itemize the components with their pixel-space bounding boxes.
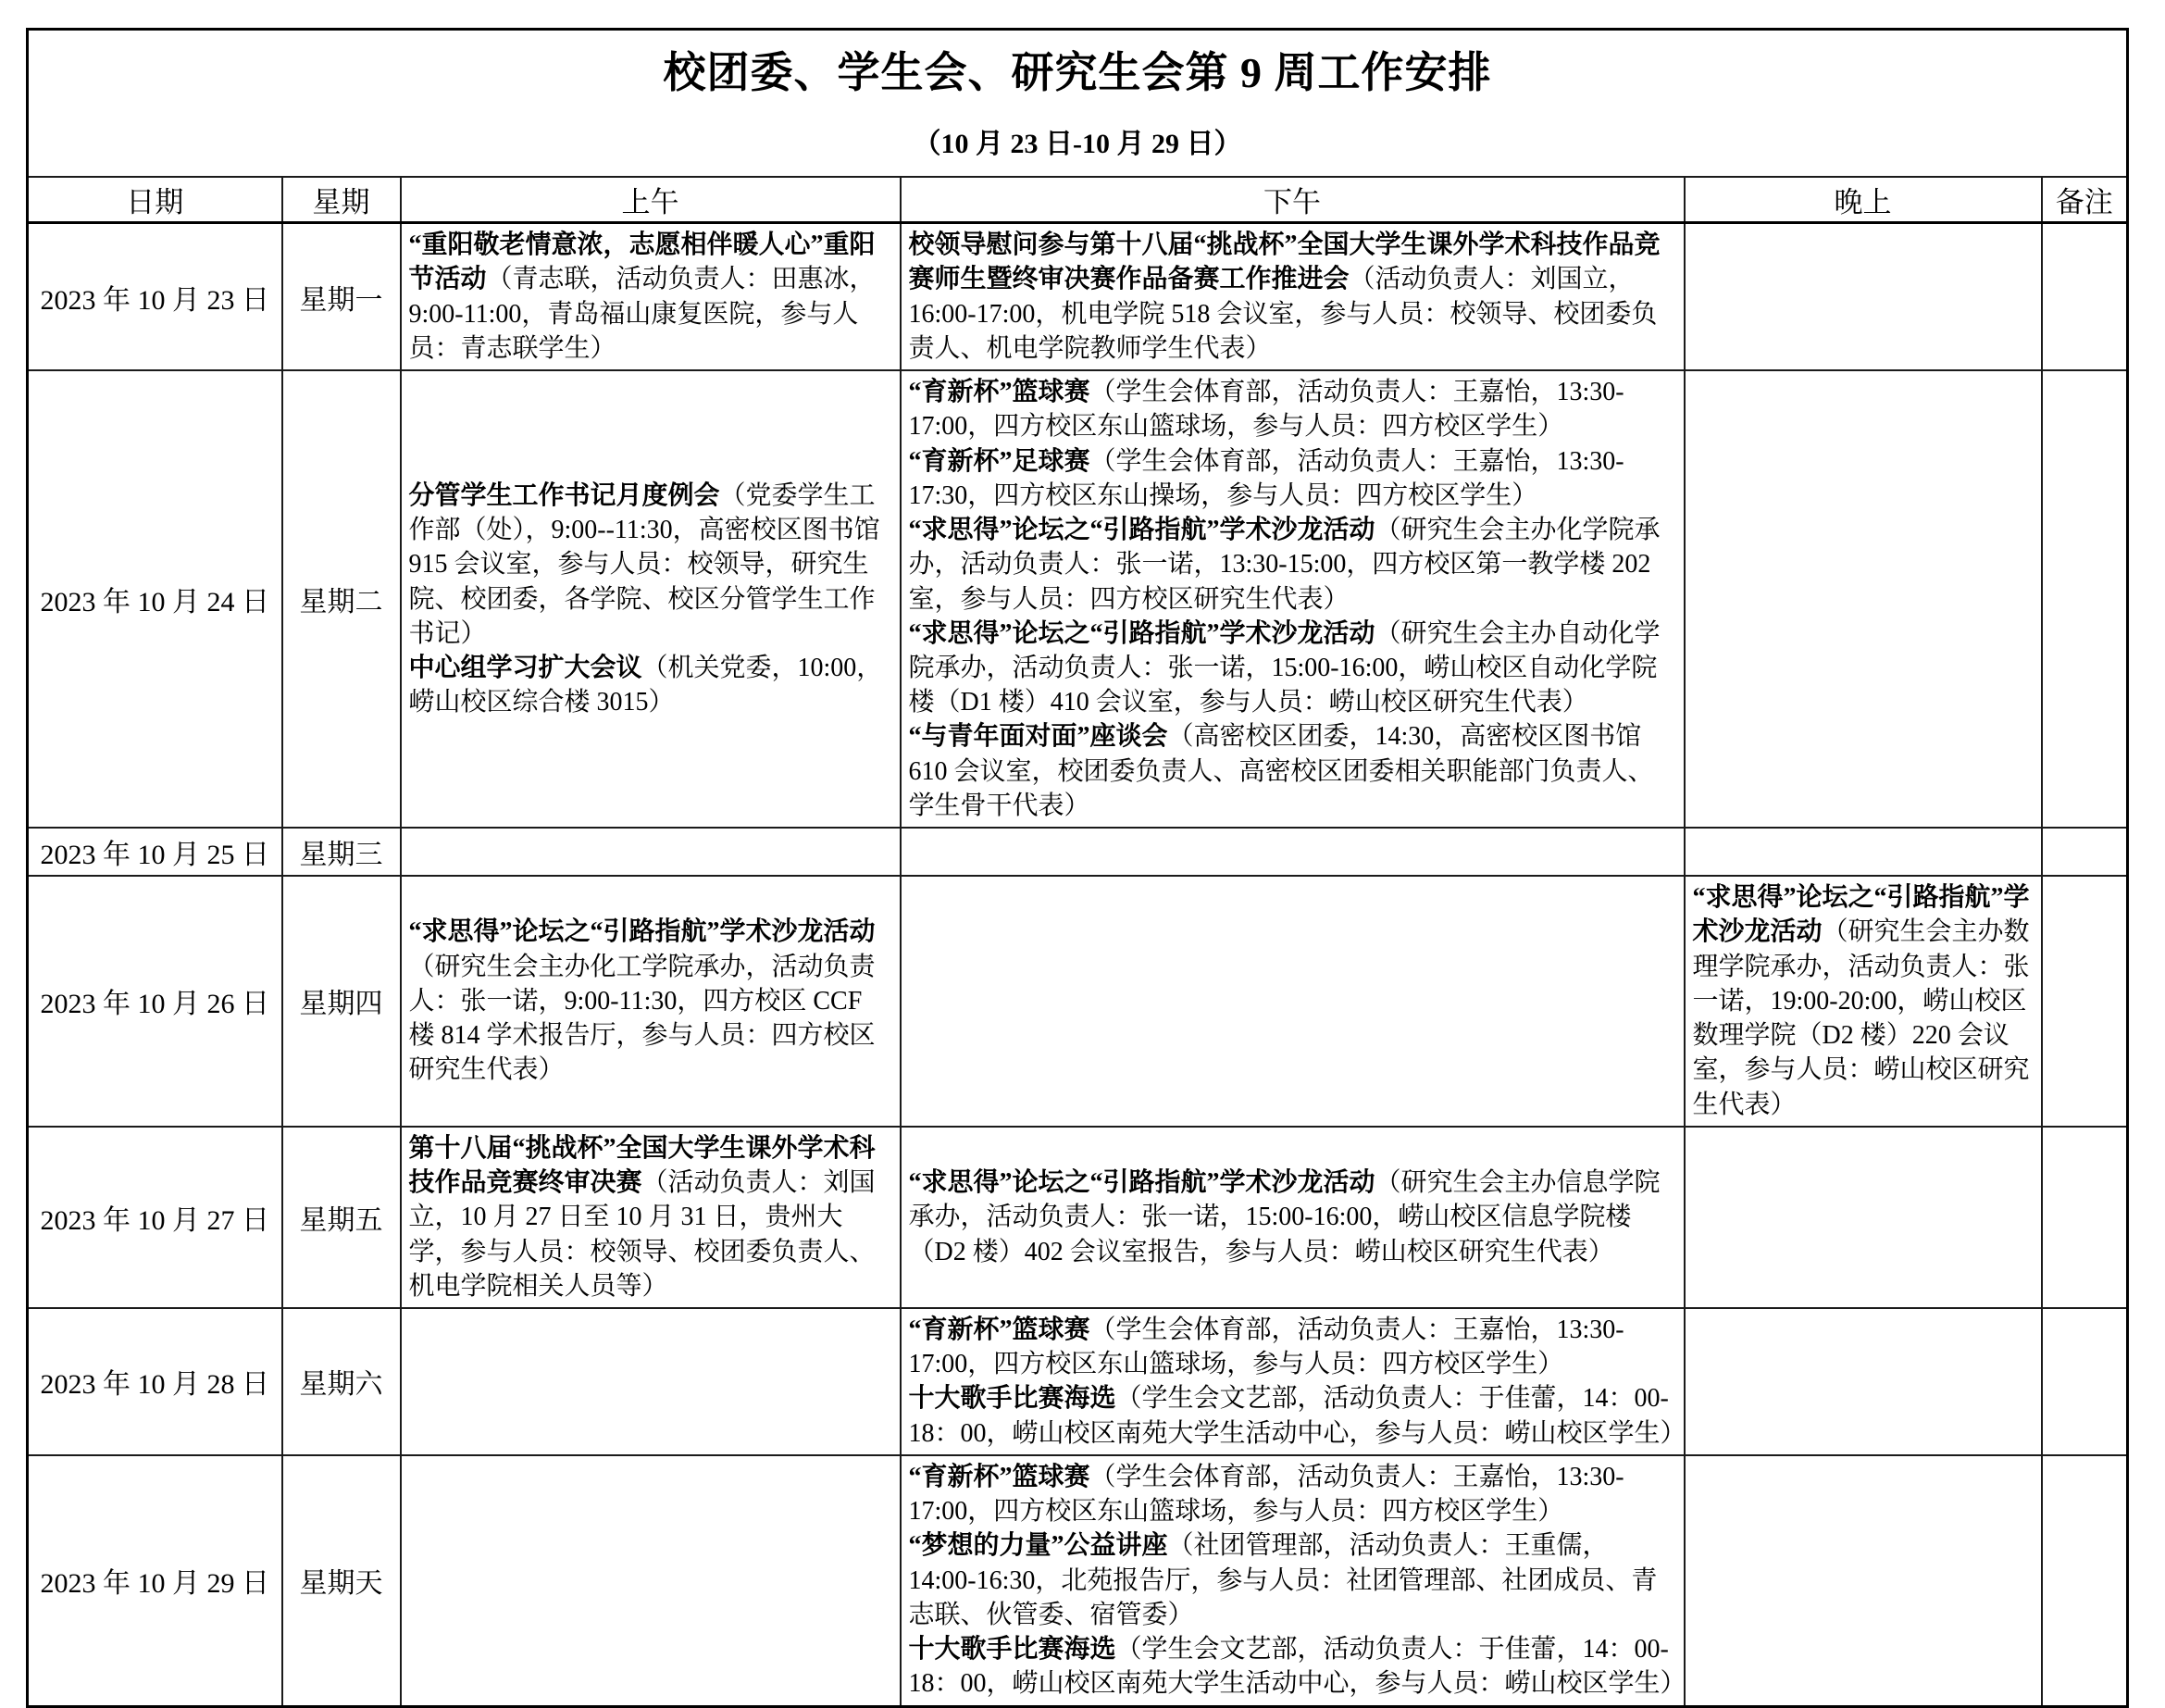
morning-cell bbox=[401, 1455, 901, 1706]
event-item: “求思得”论坛之“引路指航”学术沙龙活动（研究生会主办信息学院承办，活动负责人：… bbox=[909, 1166, 1676, 1269]
remarks-cell bbox=[2042, 828, 2128, 876]
date-cell: 2023 年 10 月 26 日 bbox=[28, 876, 282, 1127]
weekday-cell: 星期一 bbox=[282, 223, 401, 370]
date-cell: 2023 年 10 月 23 日 bbox=[28, 223, 282, 370]
event-title: 十大歌手比赛海选 bbox=[909, 1384, 1116, 1413]
event-item: “育新杯”足球赛（学生会体育部，活动负责人：王嘉怡，13:30-17:30，四方… bbox=[909, 444, 1676, 513]
weekday-cell: 星期三 bbox=[282, 828, 401, 876]
event-title: “与青年面对面”座谈会 bbox=[909, 722, 1168, 751]
col-header-date: 日期 bbox=[28, 177, 282, 223]
table-row: 2023 年 10 月 25 日 星期三 bbox=[28, 828, 2128, 876]
weekday-cell: 星期五 bbox=[282, 1127, 401, 1308]
date-cell: 2023 年 10 月 24 日 bbox=[28, 370, 282, 828]
title-cell: 校团委、学生会、研究生会第 9 周工作安排 （10 月 23 日-10 月 29… bbox=[28, 30, 2128, 178]
document-sheet: 校团委、学生会、研究生会第 9 周工作安排 （10 月 23 日-10 月 29… bbox=[26, 28, 2126, 1708]
event-title: “育新杯”足球赛 bbox=[909, 447, 1090, 476]
title-row: 校团委、学生会、研究生会第 9 周工作安排 （10 月 23 日-10 月 29… bbox=[28, 30, 2128, 178]
event-item: “求思得”论坛之“引路指航”学术沙龙活动（研究生会主办化工学院承办，活动负责人：… bbox=[409, 915, 892, 1087]
morning-cell: 第十八届“挑战杯”全国大学生课外学术科技作品竞赛终审决赛（活动负责人：刘国立，1… bbox=[401, 1127, 901, 1308]
remarks-cell bbox=[2042, 1455, 2128, 1706]
date-cell: 2023 年 10 月 29 日 bbox=[28, 1455, 282, 1706]
event-title: “梦想的力量”公益讲座 bbox=[909, 1531, 1168, 1560]
evening-cell bbox=[1685, 223, 2042, 370]
morning-cell bbox=[401, 828, 901, 876]
col-header-remarks: 备注 bbox=[2042, 177, 2128, 223]
morning-cell bbox=[401, 1308, 901, 1455]
event-title: 分管学生工作书记月度例会 bbox=[409, 481, 720, 510]
date-cell: 2023 年 10 月 27 日 bbox=[28, 1127, 282, 1308]
event-item: 第十八届“挑战杯”全国大学生课外学术科技作品竞赛终审决赛（活动负责人：刘国立，1… bbox=[409, 1131, 892, 1303]
remarks-cell bbox=[2042, 1308, 2128, 1455]
date-cell: 2023 年 10 月 25 日 bbox=[28, 828, 282, 876]
remarks-cell bbox=[2042, 223, 2128, 370]
col-header-weekday: 星期 bbox=[282, 177, 401, 223]
col-header-morning: 上午 bbox=[401, 177, 901, 223]
event-item: “育新杯”篮球赛（学生会体育部，活动负责人：王嘉怡，13:30-17:00，四方… bbox=[909, 1313, 1676, 1381]
table-row: 2023 年 10 月 23 日 星期一 “重阳敬老情意浓，志愿相伴暖人心”重阳… bbox=[28, 223, 2128, 370]
event-item: “求思得”论坛之“引路指航”学术沙龙活动（研究生会主办化学院承办，活动负责人：张… bbox=[909, 513, 1676, 617]
event-item: “育新杯”篮球赛（学生会体育部，活动负责人：王嘉怡，13:30-17:00，四方… bbox=[909, 375, 1676, 443]
event-title: “求思得”论坛之“引路指航”学术沙龙活动 bbox=[409, 917, 876, 946]
afternoon-cell: “育新杯”篮球赛（学生会体育部，活动负责人：王嘉怡，13:30-17:00，四方… bbox=[901, 370, 1685, 828]
header-row: 日期 星期 上午 下午 晚上 备注 bbox=[28, 177, 2128, 223]
evening-cell bbox=[1685, 370, 2042, 828]
remarks-cell bbox=[2042, 370, 2128, 828]
event-item: “梦想的力量”公益讲座（社团管理部，活动负责人：王重儒，14:00-16:30，… bbox=[909, 1528, 1676, 1632]
table-row: 2023 年 10 月 29 日 星期天 “育新杯”篮球赛（学生会体育部，活动负… bbox=[28, 1455, 2128, 1706]
event-title: “育新杯”篮球赛 bbox=[909, 1463, 1090, 1491]
evening-cell: “求思得”论坛之“引路指航”学术沙龙活动（研究生会主办数理学院承办，活动负责人：… bbox=[1685, 876, 2042, 1127]
event-item: 校领导慰问参与第十八届“挑战杯”全国大学生课外学术科技作品竞赛师生暨终审决赛作品… bbox=[909, 228, 1676, 366]
page-subtitle: （10 月 23 日-10 月 29 日） bbox=[38, 120, 2117, 161]
morning-cell: “重阳敬老情意浓，志愿相伴暖人心”重阳节活动（青志联，活动负责人：田惠冰，9:0… bbox=[401, 223, 901, 370]
event-item: 十大歌手比赛海选（学生会文艺部，活动负责人：于佳蕾，14：00-18：00，崂山… bbox=[909, 1381, 1676, 1450]
col-header-evening: 晚上 bbox=[1685, 177, 2042, 223]
event-title: “求思得”论坛之“引路指航”学术沙龙活动 bbox=[909, 619, 1375, 648]
date-cell: 2023 年 10 月 28 日 bbox=[28, 1308, 282, 1455]
event-detail: （研究生会主办化工学院承办，活动负责人：张一诺，9:00-11:30，四方校区 … bbox=[409, 953, 876, 1085]
schedule-table: 校团委、学生会、研究生会第 9 周工作安排 （10 月 23 日-10 月 29… bbox=[26, 28, 2129, 1708]
event-item: 中心组学习扩大会议（机关党委，10:00，崂山校区综合楼 3015） bbox=[409, 651, 892, 719]
event-item: 十大歌手比赛海选（学生会文艺部，活动负责人：于佳蕾，14：00-18：00，崂山… bbox=[909, 1632, 1676, 1701]
weekday-cell: 星期天 bbox=[282, 1455, 401, 1706]
table-row: 2023 年 10 月 24 日 星期二 分管学生工作书记月度例会（党委学生工作… bbox=[28, 370, 2128, 828]
evening-cell bbox=[1685, 1308, 2042, 1455]
event-title: “育新杯”篮球赛 bbox=[909, 378, 1090, 406]
weekday-cell: 星期六 bbox=[282, 1308, 401, 1455]
remarks-cell bbox=[2042, 1127, 2128, 1308]
afternoon-cell: “求思得”论坛之“引路指航”学术沙龙活动（研究生会主办信息学院承办，活动负责人：… bbox=[901, 1127, 1685, 1308]
evening-cell bbox=[1685, 1127, 2042, 1308]
event-item: “求思得”论坛之“引路指航”学术沙龙活动（研究生会主办数理学院承办，活动负责人：… bbox=[1693, 880, 2034, 1122]
table-row: 2023 年 10 月 28 日 星期六 “育新杯”篮球赛（学生会体育部，活动负… bbox=[28, 1308, 2128, 1455]
event-title: 中心组学习扩大会议 bbox=[409, 654, 642, 682]
afternoon-cell bbox=[901, 876, 1685, 1127]
morning-cell: “求思得”论坛之“引路指航”学术沙龙活动（研究生会主办化工学院承办，活动负责人：… bbox=[401, 876, 901, 1127]
col-header-afternoon: 下午 bbox=[901, 177, 1685, 223]
event-item: “与青年面对面”座谈会（高密校区团委，14:30，高密校区图书馆 610 会议室… bbox=[909, 719, 1676, 823]
weekday-cell: 星期二 bbox=[282, 370, 401, 828]
page-title: 校团委、学生会、研究生会第 9 周工作安排 bbox=[38, 47, 2117, 98]
event-title: “求思得”论坛之“引路指航”学术沙龙活动 bbox=[909, 1168, 1375, 1197]
event-title: 十大歌手比赛海选 bbox=[909, 1635, 1116, 1664]
morning-cell: 分管学生工作书记月度例会（党委学生工作部（处），9:00--11:30，高密校区… bbox=[401, 370, 901, 828]
afternoon-cell bbox=[901, 828, 1685, 876]
event-detail: （研究生会主办数理学院承办，活动负责人：张一诺，19:00-20:00，崂山校区… bbox=[1693, 917, 2030, 1118]
event-item: “求思得”论坛之“引路指航”学术沙龙活动（研究生会主办自动化学院承办，活动负责人… bbox=[909, 617, 1676, 720]
event-item: “重阳敬老情意浓，志愿相伴暖人心”重阳节活动（青志联，活动负责人：田惠冰，9:0… bbox=[409, 228, 892, 366]
afternoon-cell: “育新杯”篮球赛（学生会体育部，活动负责人：王嘉怡，13:30-17:00，四方… bbox=[901, 1455, 1685, 1706]
event-title: “育新杯”篮球赛 bbox=[909, 1315, 1090, 1344]
afternoon-cell: 校领导慰问参与第十八届“挑战杯”全国大学生课外学术科技作品竞赛师生暨终审决赛作品… bbox=[901, 223, 1685, 370]
evening-cell bbox=[1685, 1455, 2042, 1706]
event-item: “育新杯”篮球赛（学生会体育部，活动负责人：王嘉怡，13:30-17:00，四方… bbox=[909, 1460, 1676, 1528]
afternoon-cell: “育新杯”篮球赛（学生会体育部，活动负责人：王嘉怡，13:30-17:00，四方… bbox=[901, 1308, 1685, 1455]
table-row: 2023 年 10 月 26 日 星期四 “求思得”论坛之“引路指航”学术沙龙活… bbox=[28, 876, 2128, 1127]
event-item: 分管学生工作书记月度例会（党委学生工作部（处），9:00--11:30，高密校区… bbox=[409, 479, 892, 651]
table-row: 2023 年 10 月 27 日 星期五 第十八届“挑战杯”全国大学生课外学术科… bbox=[28, 1127, 2128, 1308]
remarks-cell bbox=[2042, 876, 2128, 1127]
event-title: “求思得”论坛之“引路指航”学术沙龙活动 bbox=[909, 516, 1375, 544]
evening-cell bbox=[1685, 828, 2042, 876]
weekday-cell: 星期四 bbox=[282, 876, 401, 1127]
